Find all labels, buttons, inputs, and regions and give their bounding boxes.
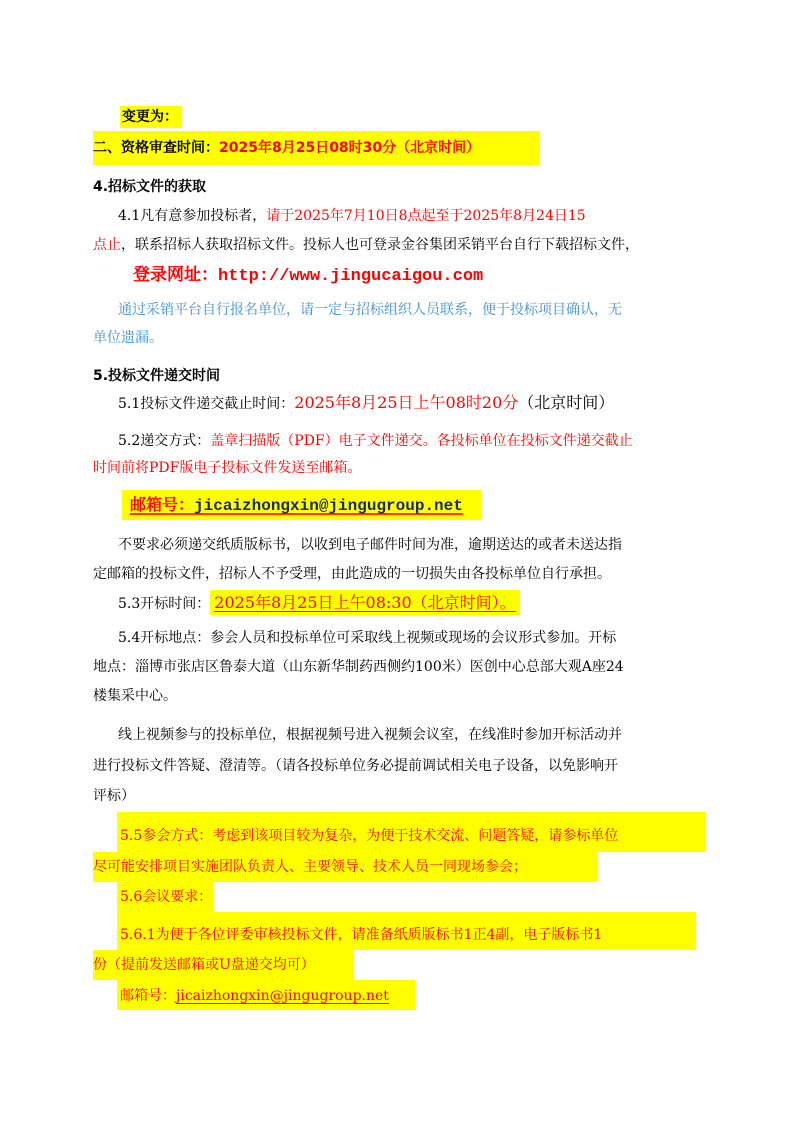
section4-p1-line2: 点止，联系招标人获取招标文件。投标人也可登录金谷集团采销平台自行下载招标文件，	[93, 235, 639, 255]
s53-line: 5.3开标时间：2025年8月25日上午08:30（北京时间）。	[118, 593, 520, 614]
online-line3: 评标）	[93, 786, 135, 806]
s52-prefix: 5.2递交方式：	[118, 433, 210, 449]
login-label: 登录网址：	[133, 265, 218, 285]
qualification-time: 2025年8月25日08时30分（北京时间）	[219, 140, 480, 156]
p1-rest: ，联系招标人获取招标文件。投标人也可登录金谷集团采销平台自行下载招标文件，	[121, 237, 639, 253]
email-link[interactable]: jicaizhongxin@jingugroup.net	[194, 497, 463, 515]
notice-line2: 定邮箱的投标文件，招标人不予受理，由此造成的一切损失由各投标单位自行承担。	[93, 564, 611, 584]
email2-label: 邮箱号：	[120, 988, 176, 1004]
s53-prefix: 5.3开标时间：	[118, 596, 210, 612]
email-label: 邮箱号：	[130, 495, 194, 514]
email2-link[interactable]: jicaizhongxin@jingugroup.net	[176, 988, 389, 1004]
blue-note-line2: 单位遗漏。	[93, 328, 163, 348]
s51-deadline: 2025年8月25日上午08时20分	[294, 393, 518, 412]
qualification-prefix: 二、资格审查时间：	[93, 140, 219, 156]
login-url-link[interactable]: http://www.jingucaigou.com	[218, 267, 483, 286]
email-line: 邮箱号：jicaizhongxin@jingugroup.net	[122, 490, 481, 520]
online-line2: 进行投标文件答疑、澄清等。（请各投标单位务必提前调试相关电子设备，以免影响开	[93, 756, 618, 776]
notice-line1: 不要求必须递交纸质版标书，以收到电子邮件时间为准，逾期送达的或者未送达指	[118, 535, 622, 555]
s54-line2: 地点：淄博市张店区鲁泰大道（山东新华制药西侧约100米）医创中心总部大观A座24	[93, 657, 624, 677]
s54-line1: 5.4开标地点：参会人员和投标单位可采取线上视频或现场的会议形式参加。开标	[118, 628, 616, 648]
s52-line2: 时间前将PDF版电子投标文件发送至邮箱。	[93, 458, 361, 478]
email2-line: 邮箱号：jicaizhongxin@jingugroup.net	[120, 986, 389, 1006]
p1-red-dates: 请于2025年7月10日8点起至于2025年8月24日15	[266, 208, 585, 224]
s56-line: 5.6会议要求：	[120, 887, 212, 907]
section5-heading: 5.投标文件递交时间	[93, 366, 220, 386]
qualification-line: 二、资格审查时间：2025年8月25日08时30分（北京时间）	[93, 131, 540, 165]
change-label: 变更为：	[120, 106, 182, 128]
s53-time: 2025年8月25日上午08:30（北京时间）。	[210, 590, 519, 615]
s52-red-1: 盖章扫描版（PDF）电子文件递交。各投标单位在投标文件递交截止	[210, 433, 632, 449]
section4-heading: 4.招标文件的获取	[93, 177, 206, 197]
login-url-line: 登录网址：http://www.jingucaigou.com	[133, 265, 483, 287]
section4-p1-line1: 4.1凡有意参加投标者，请于2025年7月10日8点起至于2025年8月24日1…	[118, 206, 586, 226]
change-label-line: 变更为：	[120, 107, 182, 127]
p1-prefix: 4.1凡有意参加投标者，	[118, 208, 266, 224]
online-line1: 线上视频参与的投标单位，根据视频号进入视频会议室，在线准时参加开标活动并	[118, 725, 622, 745]
blue-note-line1: 通过采销平台自行报名单位，请一定与招标组织人员联系，便于投标项目确认，无	[118, 300, 622, 320]
s51-line: 5.1投标文件递交截止时间：2025年8月25日上午08时20分（北京时间）	[118, 393, 614, 414]
s51-suffix: （北京时间）	[518, 393, 614, 412]
document-page: 变更为： 二、资格审查时间：2025年8月25日08时30分（北京时间） 4.招…	[0, 0, 793, 1122]
p1-red-end: 点止	[93, 237, 121, 253]
s561-line2: 份（提前发送邮箱或U盘递交均可）	[93, 955, 315, 975]
s51-prefix: 5.1投标文件递交截止时间：	[118, 396, 294, 412]
s561-line1: 5.6.1为便于各位评委审核投标文件，请准备纸质版标书1正4副，电子版标书1	[120, 925, 602, 945]
s55-line2: 尽可能安排项目实施团队负责人、主要领导、技术人员一同现场参会；	[93, 857, 527, 877]
s52-line1: 5.2递交方式：盖章扫描版（PDF）电子文件递交。各投标单位在投标文件递交截止	[118, 431, 633, 451]
s54-line3: 楼集采中心。	[93, 686, 177, 706]
s55-line1: 5.5参会方式：考虑到该项目较为复杂，为便于技术交流、问题答疑，请参标单位	[120, 826, 618, 846]
